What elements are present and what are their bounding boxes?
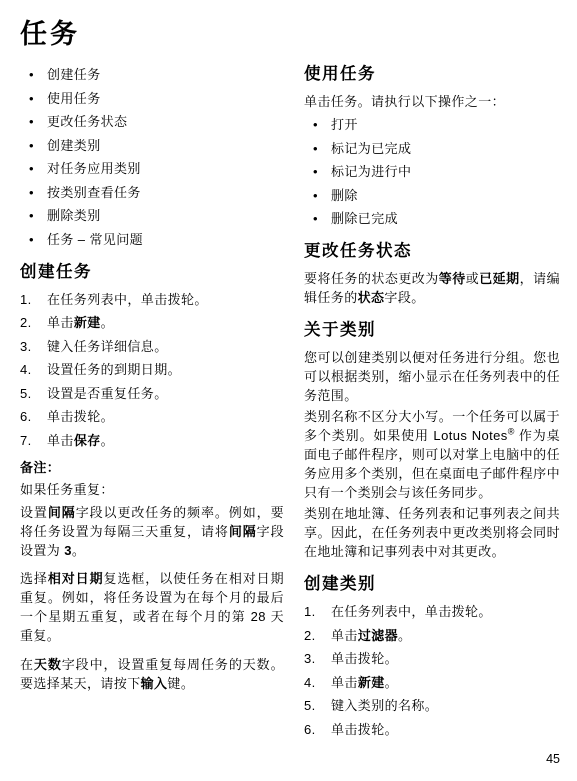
use-task-intro: 单击任务。请执行以下操作之一： bbox=[304, 92, 560, 111]
toc-item-label: 创建类别 bbox=[47, 138, 101, 153]
toc-item-task-faq: •任务 – 常见问题 bbox=[20, 230, 284, 249]
left-column: 任务 •创建任务 •使用任务 •更改任务状态 •创建类别 •对任务应用类别 •按… bbox=[20, 14, 284, 693]
manual-page: 任务 •创建任务 •使用任务 •更改任务状态 •创建类别 •对任务应用类别 •按… bbox=[0, 0, 577, 781]
step-text: 设置是否重复任务。 bbox=[47, 386, 168, 401]
step-text: 单击新建。 bbox=[47, 315, 114, 330]
page-number: 45 bbox=[546, 750, 560, 769]
toc-item-create-category: •创建类别 bbox=[20, 136, 284, 155]
create-category-steps: 1.在任务列表中，单击拨轮。 2.单击过滤器。 3.单击拨轮。 4.单击新建。 … bbox=[304, 602, 560, 739]
step-item: 7.单击保存。 bbox=[20, 431, 284, 450]
option-mark-completed: •标记为已完成 bbox=[304, 139, 560, 158]
option-label: 删除 bbox=[331, 188, 358, 203]
toc-item-label: 对任务应用类别 bbox=[47, 161, 141, 176]
step-number: 3. bbox=[20, 337, 47, 356]
bullet-icon: • bbox=[29, 206, 34, 225]
bullet-icon: • bbox=[29, 112, 34, 131]
step-item: 5.键入类别的名称。 bbox=[304, 696, 560, 715]
step-number: 1. bbox=[20, 290, 47, 309]
bullet-icon: • bbox=[313, 162, 318, 181]
toc-item-view-by-category: •按类别查看任务 bbox=[20, 183, 284, 202]
section-heading-create-category: 创建类别 bbox=[304, 574, 560, 594]
toc-item-use-task: •使用任务 bbox=[20, 89, 284, 108]
section-heading-create-task: 创建任务 bbox=[20, 262, 284, 282]
section-heading-use-task: 使用任务 bbox=[304, 64, 560, 84]
toc-item-apply-category: •对任务应用类别 bbox=[20, 159, 284, 178]
page-title: 任务 bbox=[20, 18, 284, 50]
bullet-icon: • bbox=[313, 139, 318, 158]
bullet-icon: • bbox=[29, 159, 34, 178]
step-number: 5. bbox=[304, 696, 331, 715]
create-task-steps: 1.在任务列表中，单击拨轮。 2.单击新建。 3.键入任务详细信息。 4.设置任… bbox=[20, 290, 284, 450]
option-mark-in-progress: •标记为进行中 bbox=[304, 162, 560, 181]
change-status-paragraph: 要将任务的状态更改为等待或已延期，请编辑任务的状态字段。 bbox=[304, 269, 560, 307]
step-item: 2.单击过滤器。 bbox=[304, 626, 560, 645]
step-text: 在任务列表中，单击拨轮。 bbox=[47, 292, 208, 307]
paragraph-relative-date: 选择相对日期复选框，以使任务在相对日期重复。例如，将任务设置为在每个月的最后一个… bbox=[20, 569, 284, 645]
section-heading-about-categories: 关于类别 bbox=[304, 320, 560, 340]
step-number: 6. bbox=[20, 407, 47, 426]
step-number: 6. bbox=[304, 720, 331, 739]
step-item: 4.设置任务的到期日期。 bbox=[20, 360, 284, 379]
option-label: 标记为进行中 bbox=[331, 164, 411, 179]
step-text: 单击保存。 bbox=[47, 433, 114, 448]
paragraph-interval: 设置间隔字段以更改任务的频率。例如，要将任务设置为每隔三天重复，请将间隔字段设置… bbox=[20, 503, 284, 560]
step-number: 2. bbox=[20, 313, 47, 332]
note-label: 备注： bbox=[20, 458, 284, 477]
step-number: 7. bbox=[20, 431, 47, 450]
option-label: 标记为已完成 bbox=[331, 141, 411, 156]
step-item: 1.在任务列表中，单击拨轮。 bbox=[20, 290, 284, 309]
option-open: •打开 bbox=[304, 115, 560, 134]
bullet-icon: • bbox=[313, 186, 318, 205]
step-number: 4. bbox=[304, 673, 331, 692]
toc-item-label: 更改任务状态 bbox=[47, 114, 127, 129]
step-item: 2.单击新建。 bbox=[20, 313, 284, 332]
toc-item-create-task: •创建任务 bbox=[20, 65, 284, 84]
bullet-icon: • bbox=[29, 230, 34, 249]
bullet-icon: • bbox=[29, 183, 34, 202]
toc-list: •创建任务 •使用任务 •更改任务状态 •创建类别 •对任务应用类别 •按类别查… bbox=[20, 65, 284, 249]
section-heading-change-status: 更改任务状态 bbox=[304, 241, 560, 261]
step-number: 4. bbox=[20, 360, 47, 379]
step-number: 3. bbox=[304, 649, 331, 668]
option-label: 删除已完成 bbox=[331, 211, 398, 226]
bullet-icon: • bbox=[29, 136, 34, 155]
step-text: 单击过滤器。 bbox=[331, 628, 411, 643]
about-categories-paragraph-3: 类别在地址簿、任务列表和记事列表之间共享。因此，在任务列表中更改类别将会同时在地… bbox=[304, 504, 560, 561]
toc-item-label: 任务 – 常见问题 bbox=[47, 232, 143, 247]
right-column: 使用任务 单击任务。请执行以下操作之一： •打开 •标记为已完成 •标记为进行中… bbox=[304, 64, 560, 743]
step-item: 5.设置是否重复任务。 bbox=[20, 384, 284, 403]
step-number: 1. bbox=[304, 602, 331, 621]
note-condition: 如果任务重复： bbox=[20, 480, 284, 499]
step-number: 2. bbox=[304, 626, 331, 645]
step-text: 单击拨轮。 bbox=[47, 409, 114, 424]
step-text: 在任务列表中，单击拨轮。 bbox=[331, 604, 492, 619]
step-item: 1.在任务列表中，单击拨轮。 bbox=[304, 602, 560, 621]
step-text: 单击拨轮。 bbox=[331, 722, 398, 737]
step-text: 单击新建。 bbox=[331, 675, 398, 690]
toc-item-label: 按类别查看任务 bbox=[47, 185, 141, 200]
step-text: 键入任务详细信息。 bbox=[47, 339, 168, 354]
toc-item-delete-category: •删除类别 bbox=[20, 206, 284, 225]
step-text: 键入类别的名称。 bbox=[331, 698, 438, 713]
about-categories-paragraph-1: 您可以创建类别以便对任务进行分组。您也可以根据类别，缩小显示在任务列表中的任务范… bbox=[304, 348, 560, 405]
paragraph-days: 在天数字段中，设置重复每周任务的天数。要选择某天，请按下输入键。 bbox=[20, 655, 284, 693]
step-item: 6.单击拨轮。 bbox=[304, 720, 560, 739]
step-number: 5. bbox=[20, 384, 47, 403]
option-delete: •删除 bbox=[304, 186, 560, 205]
bullet-icon: • bbox=[313, 209, 318, 228]
toc-item-change-status: •更改任务状态 bbox=[20, 112, 284, 131]
step-item: 4.单击新建。 bbox=[304, 673, 560, 692]
option-label: 打开 bbox=[331, 117, 358, 132]
step-item: 3.单击拨轮。 bbox=[304, 649, 560, 668]
bullet-icon: • bbox=[29, 65, 34, 84]
about-categories-paragraph-2: 类别名称不区分大小写。一个任务可以属于多个类别。如果使用 Lotus Notes… bbox=[304, 407, 560, 502]
step-text: 单击拨轮。 bbox=[331, 651, 398, 666]
step-text: 设置任务的到期日期。 bbox=[47, 362, 181, 377]
step-item: 3.键入任务详细信息。 bbox=[20, 337, 284, 356]
use-task-options: •打开 •标记为已完成 •标记为进行中 •删除 •删除已完成 bbox=[304, 115, 560, 228]
bullet-icon: • bbox=[313, 115, 318, 134]
step-item: 6.单击拨轮。 bbox=[20, 407, 284, 426]
toc-item-label: 使用任务 bbox=[47, 91, 101, 106]
bullet-icon: • bbox=[29, 89, 34, 108]
toc-item-label: 创建任务 bbox=[47, 67, 101, 82]
toc-item-label: 删除类别 bbox=[47, 208, 101, 223]
option-delete-completed: •删除已完成 bbox=[304, 209, 560, 228]
